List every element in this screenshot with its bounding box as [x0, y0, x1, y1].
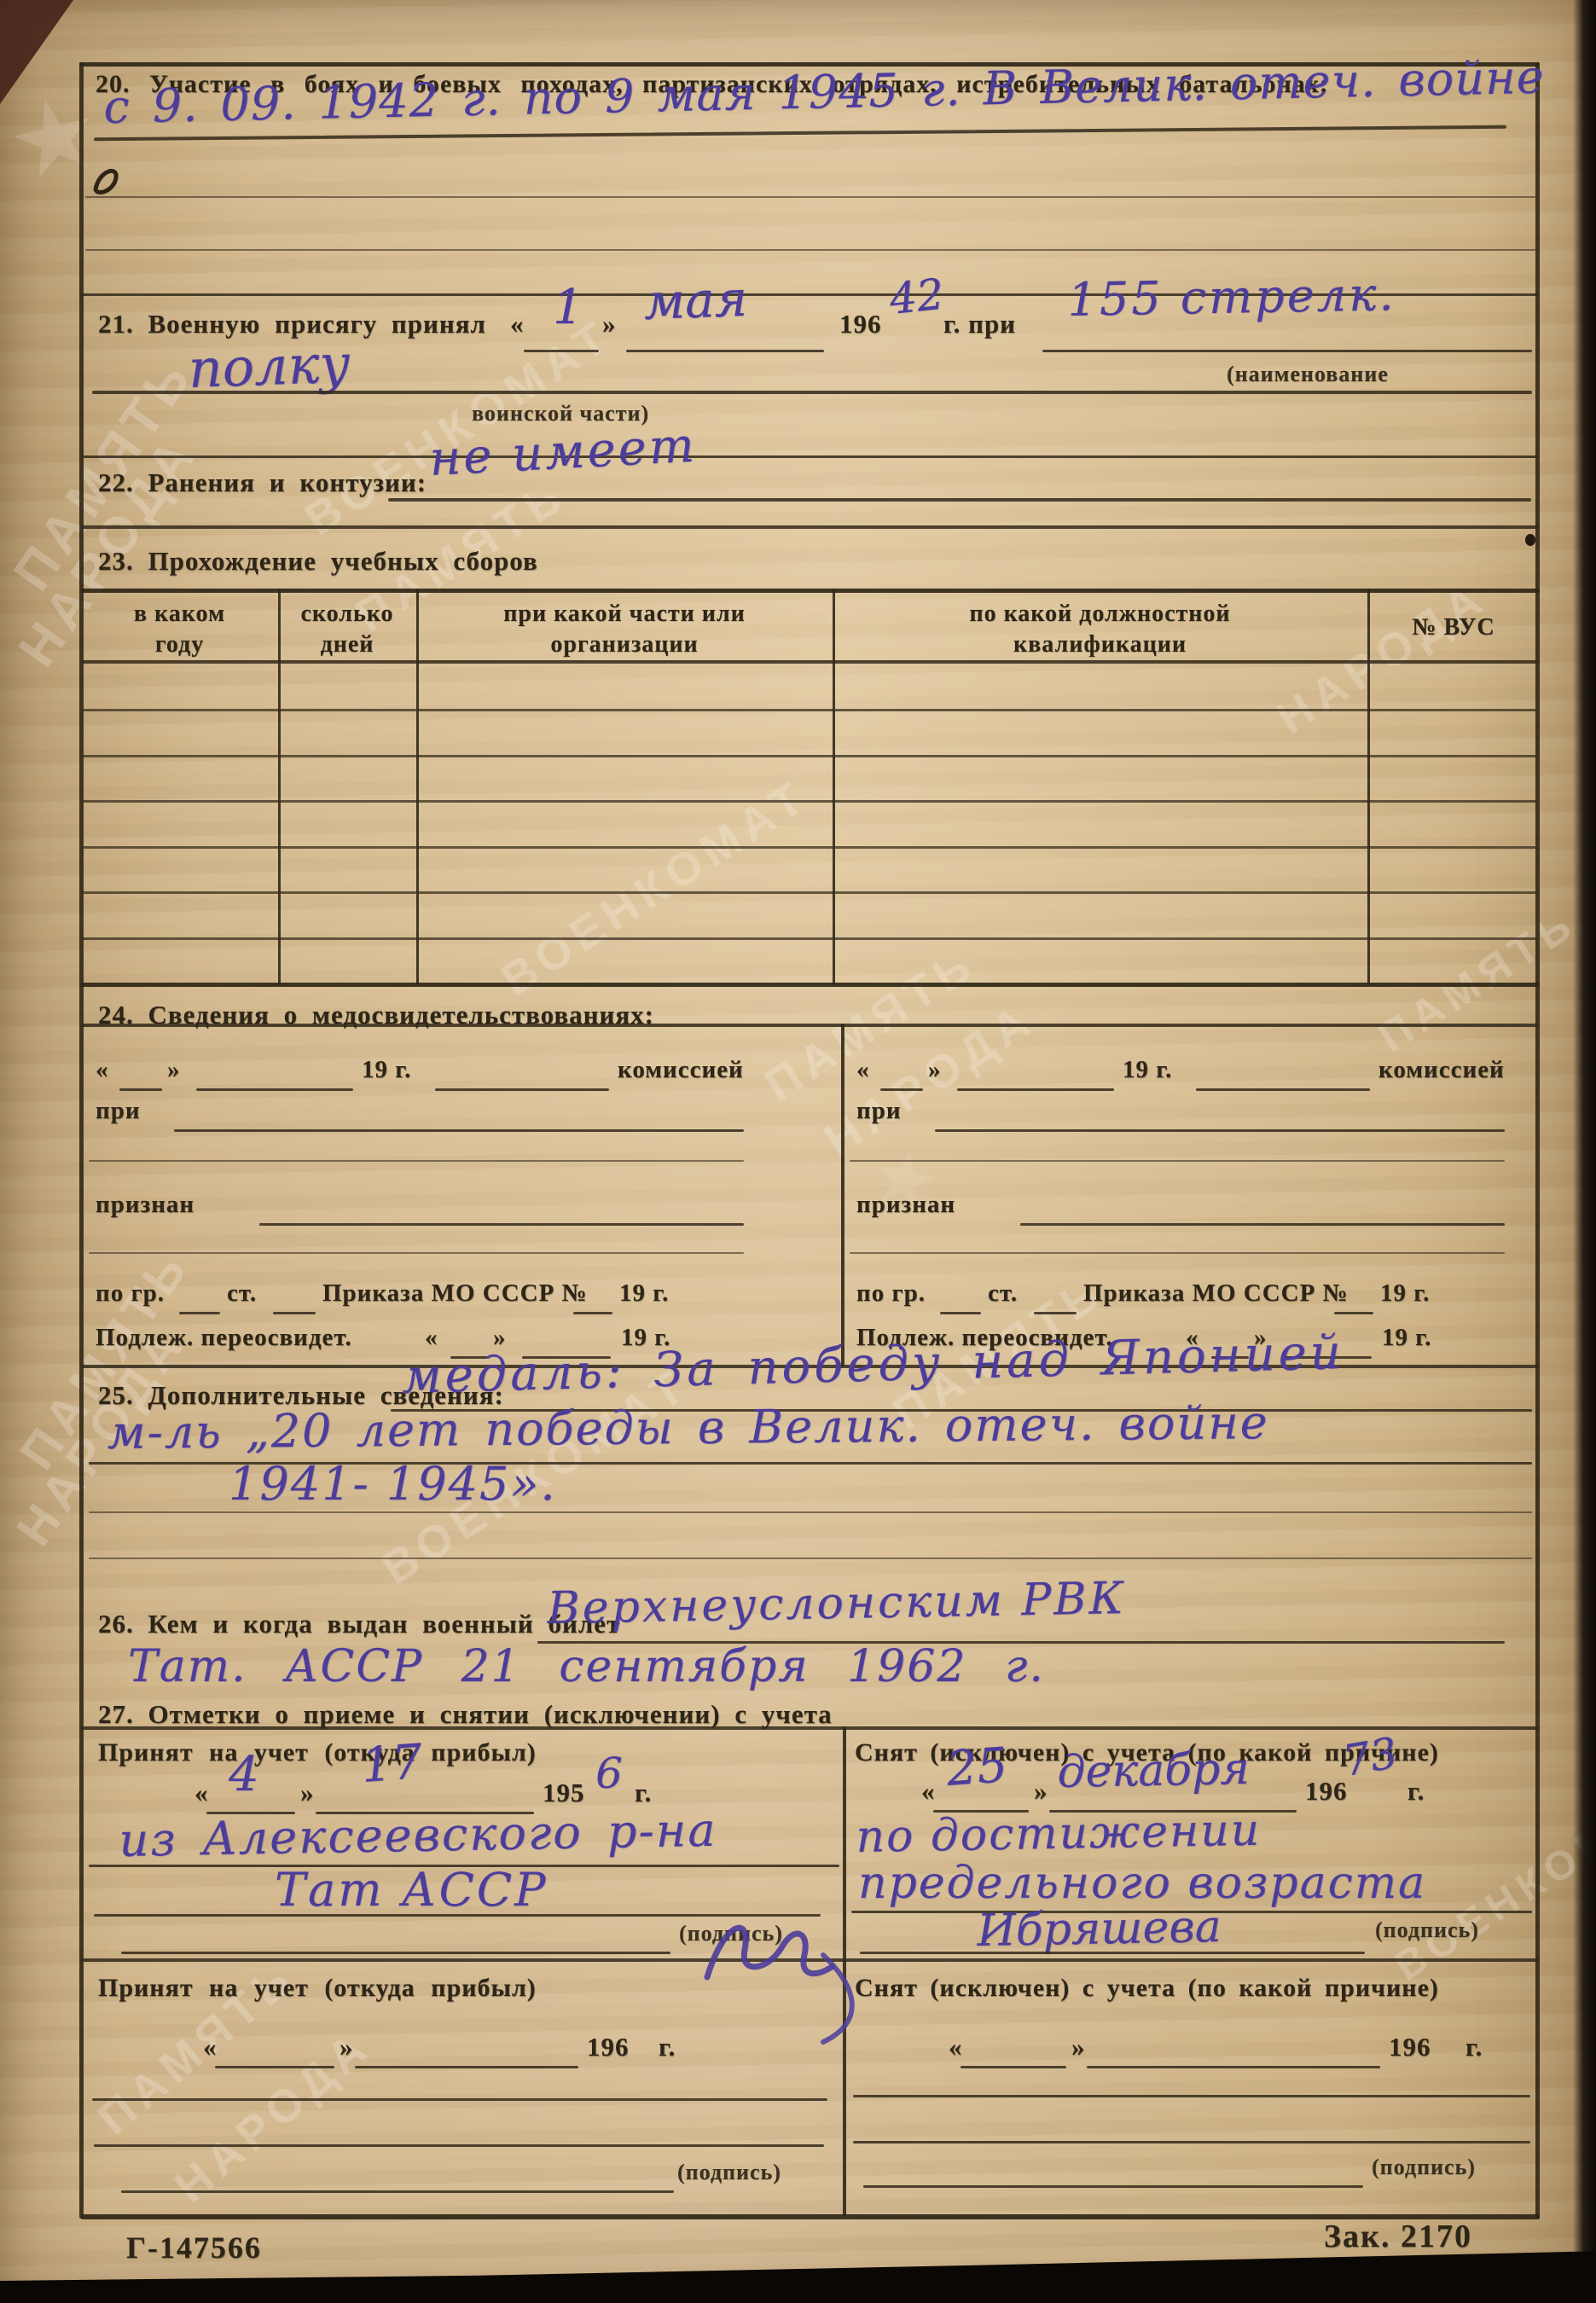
remove-year-handwriting: 73 [1339, 1728, 1402, 1786]
quote-close: » [928, 1056, 942, 1084]
accept-month-handwriting: 17 [359, 1734, 424, 1794]
blank-underline [174, 1129, 744, 1132]
signature-caption: (подпись) [677, 2160, 781, 2185]
accept-header: Принят на учет (откуда прибыл) [98, 1974, 537, 2003]
blank-underline [119, 1088, 162, 1091]
frame-left-border [79, 62, 84, 2219]
year-suffix: г. [659, 2032, 676, 2062]
table-header-vus: № ВУС [1367, 612, 1540, 643]
prikaz-label: Приказа МО СССР № [322, 1279, 588, 1308]
remove-signature-handwriting: Ибряшева [977, 1901, 1222, 1957]
po-gr-label: по гр. [856, 1279, 926, 1308]
table-header-year: в каком году [81, 599, 278, 660]
commission-label: комиссией [618, 1056, 744, 1084]
pri-label: при [96, 1097, 141, 1125]
table-row-line [81, 800, 1540, 803]
commission-label: комиссией [1378, 1056, 1505, 1084]
year-printed: 196 [839, 309, 882, 339]
remove-reason-line2-handwriting: предельного возраста [858, 1858, 1426, 1909]
table-top-border [81, 589, 1540, 593]
oath-month-handwriting: мая [643, 270, 748, 331]
section-box-top [81, 1024, 1540, 1027]
podlezh-label: Подлеж. переосвидет. [96, 1324, 352, 1352]
section-26-title: 26. Кем и когда выдан военный билет [98, 1609, 620, 1639]
ruled-line [85, 196, 1535, 198]
remove-header: Снят (исключен) с учета (по какой причин… [855, 1974, 1439, 2003]
blank-underline [626, 350, 824, 352]
ruled-line [853, 2141, 1530, 2143]
remove-month-handwriting: декабря [1057, 1743, 1250, 1798]
blank-underline [435, 1088, 609, 1091]
oath-year-handwriting: 42 [887, 270, 946, 324]
year-suffix: г. при [943, 309, 1016, 339]
signature-line [860, 1952, 1365, 1954]
section-divider [81, 455, 1540, 458]
signature-line [121, 1952, 670, 1954]
section-divider [81, 525, 1540, 529]
ruled-line [85, 249, 1535, 251]
accept-day-handwriting: 4 [229, 1747, 259, 1802]
registry-table-top [81, 1726, 1540, 1730]
ink-mark [90, 164, 130, 203]
ruled-line [850, 1160, 1505, 1162]
table-header-border [81, 660, 1540, 664]
paper-hole [1525, 534, 1535, 546]
military-id-document-scan: ПАМЯТЬНАРОДАВОЕНКОМАТПАМЯТЬНАРОДАВОЕНКОМ… [0, 0, 1596, 2303]
table-bottom-border [81, 983, 1540, 987]
scan-right-edge [1573, 0, 1596, 2303]
table-row-line [81, 937, 1540, 940]
quote-open: « [856, 1056, 870, 1084]
blank-underline [355, 2066, 578, 2068]
signature-caption: (подпись) [1375, 1917, 1479, 1943]
quote-close: » [1071, 2032, 1086, 2062]
st-label: ст. [988, 1279, 1018, 1308]
registry-table-bottom [81, 2214, 1540, 2219]
accept-year-handwriting: 6 [595, 1749, 623, 1798]
prikaz-label: Приказа МО СССР № [1083, 1279, 1349, 1308]
watermark-text: ПАМЯТЬ [1370, 898, 1586, 1062]
quote-close: » [340, 2032, 354, 2062]
quote-open: « [510, 309, 525, 339]
year-19: 19 г. [1380, 1279, 1430, 1308]
unit-handwriting: 155 стрелк. [1067, 267, 1396, 327]
frame-right-border [1535, 62, 1540, 2219]
year-19: 19 г. [619, 1279, 669, 1308]
ruled-line [89, 1558, 1532, 1559]
signature-caption: (подпись) [1372, 2155, 1476, 2180]
quote-close: » [300, 1778, 315, 1808]
quote-open: « [96, 1056, 109, 1084]
watermark-text: ВОЕНКОМАТ [492, 769, 819, 1007]
blank-underline [1196, 1088, 1370, 1091]
year-printed: 195 [543, 1778, 585, 1808]
blank-underline [179, 1312, 220, 1314]
blank-underline [1042, 350, 1532, 352]
ruled-line [92, 391, 1532, 394]
table-header-unit: при какой части или организации [416, 599, 833, 660]
priznan-label: признан [856, 1191, 955, 1219]
medical-column-divider [841, 1024, 844, 1366]
quote-close: » [1034, 1776, 1048, 1807]
year-suffix: г. [1407, 1776, 1425, 1807]
oath-day-handwriting: 1 [553, 280, 583, 335]
blank-underline [957, 1088, 1114, 1091]
quote-open: « [194, 1778, 209, 1808]
blank-underline [940, 1312, 981, 1314]
year-19: 19 г. [362, 1056, 411, 1084]
blank-underline [1034, 1312, 1077, 1314]
ruled-line [94, 2144, 824, 2147]
table-row-line [81, 709, 1540, 711]
quote-open: « [921, 1776, 936, 1807]
form-code: Г-147566 [126, 2230, 262, 2265]
section-22-title: 22. Ранения и контузии: [98, 467, 427, 498]
year-printed: 196 [1305, 1776, 1348, 1807]
ruled-line [89, 1511, 1532, 1513]
year-19: 19 г. [1123, 1056, 1172, 1084]
blank-underline [573, 1312, 612, 1314]
blank-underline [961, 2066, 1066, 2068]
blank-underline [196, 1088, 353, 1091]
blank-underline [259, 1223, 744, 1226]
table-row-line [81, 891, 1540, 894]
signature-line [863, 2185, 1363, 2188]
quote-close: » [602, 309, 617, 339]
quote-open: « [949, 2032, 963, 2062]
signature-scribble [695, 1895, 908, 2049]
table-column-border [1367, 589, 1370, 985]
accept-from-handwriting: из Алексеевского р-на [119, 1803, 717, 1867]
priznan-label: признан [96, 1191, 194, 1219]
blank-underline [1334, 1312, 1373, 1314]
additional-info-line2-handwriting: м-ль „20 лет победы в Велик. отеч. войне [107, 1395, 1268, 1459]
blank-underline [215, 2066, 334, 2068]
remove-reason-line1-handwriting: по достижении [856, 1805, 1262, 1863]
remove-day-handwriting: 25 [944, 1737, 1009, 1797]
accept-header: Принят на учет (откуда прибыл) [98, 1738, 537, 1767]
stamp-corner-fragment [0, 0, 73, 104]
ruled-line [92, 2098, 827, 2101]
quote-open: « [203, 2032, 218, 2062]
blank-underline [388, 498, 1531, 502]
section-27-title: 27. Отметки о приеме и снятии (исключени… [98, 1699, 833, 1730]
table-row-line [81, 755, 1540, 757]
table-row-line [81, 846, 1540, 849]
table-header-days: сколько дней [278, 599, 416, 660]
issued-date-handwriting: Тат. АССР 21 сентября 1962 г. [128, 1641, 1045, 1692]
blank-underline [880, 1088, 923, 1091]
wounds-entry-handwriting: не имеет [428, 418, 699, 487]
section-23-title: 23. Прохождение учебных сборов [98, 546, 538, 577]
year-19: 19 г. [1382, 1324, 1431, 1352]
table-header-qualification: по какой должностной квалификации [833, 599, 1367, 660]
st-label: ст. [227, 1279, 257, 1308]
po-gr-label: по гр. [96, 1279, 165, 1308]
issued-by-handwriting: Верхнеуслонским РВК [547, 1573, 1126, 1634]
blank-underline [1087, 2066, 1380, 2068]
year-printed: 196 [1389, 2032, 1431, 2062]
blank-underline [524, 350, 599, 352]
order-code: Зак. 2170 [1324, 2218, 1472, 2255]
ruled-line [89, 1160, 744, 1162]
caption-naimenovanie: (наименование [1227, 362, 1389, 387]
additional-info-line1-handwriting: медаль: За победу над Японией [401, 1325, 1344, 1405]
blank-underline [273, 1312, 316, 1314]
signature-line [121, 2190, 674, 2193]
year-printed: 196 [587, 2032, 630, 2062]
accept-region-handwriting: Тат АССР [275, 1863, 548, 1917]
ruled-line [850, 1252, 1505, 1254]
quote-close: » [167, 1056, 181, 1084]
blank-underline [935, 1129, 1505, 1132]
year-suffix: г. [1465, 2032, 1483, 2062]
blank-underline [1020, 1223, 1505, 1226]
additional-info-line3-handwriting: 1941- 1945». [229, 1457, 556, 1511]
pri-label: при [856, 1097, 902, 1125]
ruled-line [853, 2095, 1530, 2097]
ruled-line [89, 1252, 744, 1254]
